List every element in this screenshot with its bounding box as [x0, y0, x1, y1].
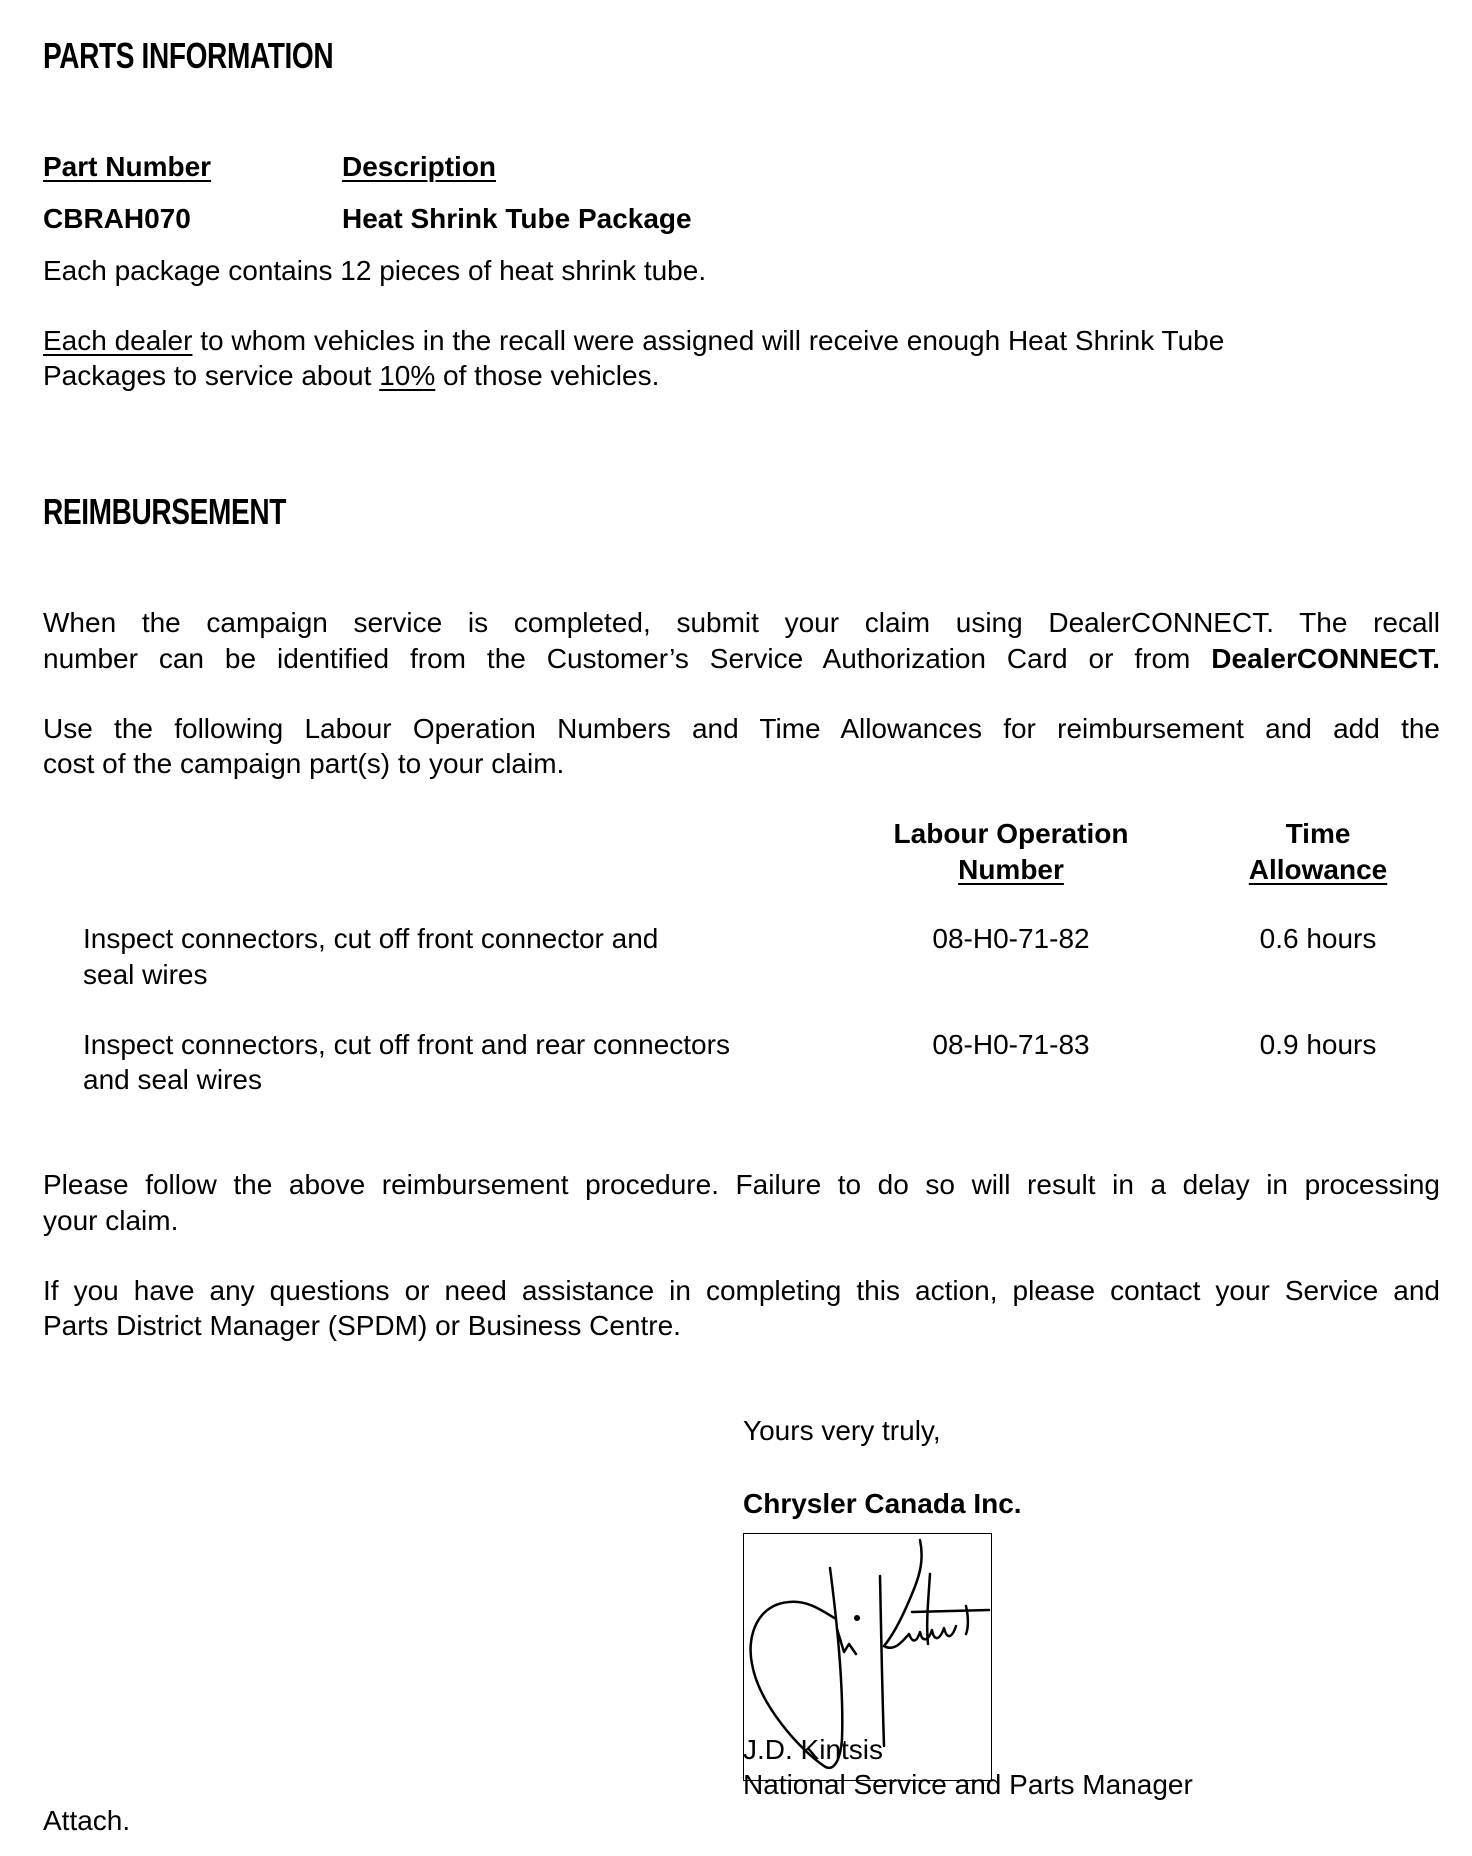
part-number-column-header: Part Number [43, 153, 211, 181]
part-description-value: Heat Shrink Tube Package [342, 205, 692, 233]
table-row-1-labour-op: 08-H0-71-82 [932, 925, 1089, 953]
para4-line2: Parts District Manager (SPDM) or Busines… [43, 1312, 681, 1340]
signatory-title: National Service and Parts Manager [743, 1771, 1193, 1799]
table-row-2-desc-line2: and seal wires [83, 1066, 262, 1094]
para1-line2: number can be identified from the Custom… [43, 645, 1440, 673]
labour-op-header-line1: Labour Operation [894, 820, 1129, 848]
table-row-1-time: 0.6 hours [1260, 925, 1377, 953]
para3-line2: your claim. [43, 1207, 178, 1235]
dealer-note-line1-text: to whom vehicles in the recall were assi… [192, 325, 1224, 356]
each-dealer-emphasis: Each dealer [43, 325, 192, 356]
table-row-2-time: 0.9 hours [1260, 1031, 1377, 1059]
attachment-note: Attach. [43, 1807, 130, 1835]
para2-line2: cost of the campaign part(s) to your cla… [43, 750, 564, 778]
para2-line1: Use the following Labour Operation Numbe… [43, 715, 1440, 743]
table-row-2-desc-line1: Inspect connectors, cut off front and re… [83, 1031, 730, 1059]
percent-emphasis: 10% [379, 360, 435, 391]
description-column-header: Description [342, 153, 496, 181]
package-note: Each package contains 12 pieces of heat … [43, 257, 706, 285]
time-header-line2: Allowance [1249, 856, 1387, 884]
reimbursement-heading: REIMBURSEMENT [43, 494, 286, 530]
para1-line2-text: number can be identified from the Custom… [43, 643, 1211, 674]
dealerconnect-emphasis: DealerCONNECT. [1211, 643, 1440, 674]
para1-line1: When the campaign service is completed, … [43, 609, 1440, 637]
dealer-note-line1: Each dealer to whom vehicles in the reca… [43, 327, 1224, 355]
time-header-line1: Time [1286, 820, 1351, 848]
parts-information-heading: PARTS INFORMATION [43, 38, 333, 74]
dealer-note-line2-post: of those vehicles. [435, 360, 659, 391]
table-row-1-desc-line1: Inspect connectors, cut off front connec… [83, 925, 658, 953]
para4-line1: If you have any questions or need assist… [43, 1277, 1440, 1305]
salutation: Yours very truly, [743, 1417, 941, 1445]
company-name: Chrysler Canada Inc. [743, 1490, 1022, 1518]
table-row-1-desc-line2: seal wires [83, 961, 207, 989]
dealer-note-line2-pre: Packages to service about [43, 360, 379, 391]
table-row-2-labour-op: 08-H0-71-83 [932, 1031, 1089, 1059]
labour-op-header-line2: Number [958, 856, 1064, 884]
para3-line1: Please follow the above reimbursement pr… [43, 1171, 1440, 1199]
signatory-name: J.D. Kintsis [743, 1736, 883, 1764]
dealer-note-line2: Packages to service about 10% of those v… [43, 362, 659, 390]
part-number-value: CBRAH070 [43, 205, 191, 233]
